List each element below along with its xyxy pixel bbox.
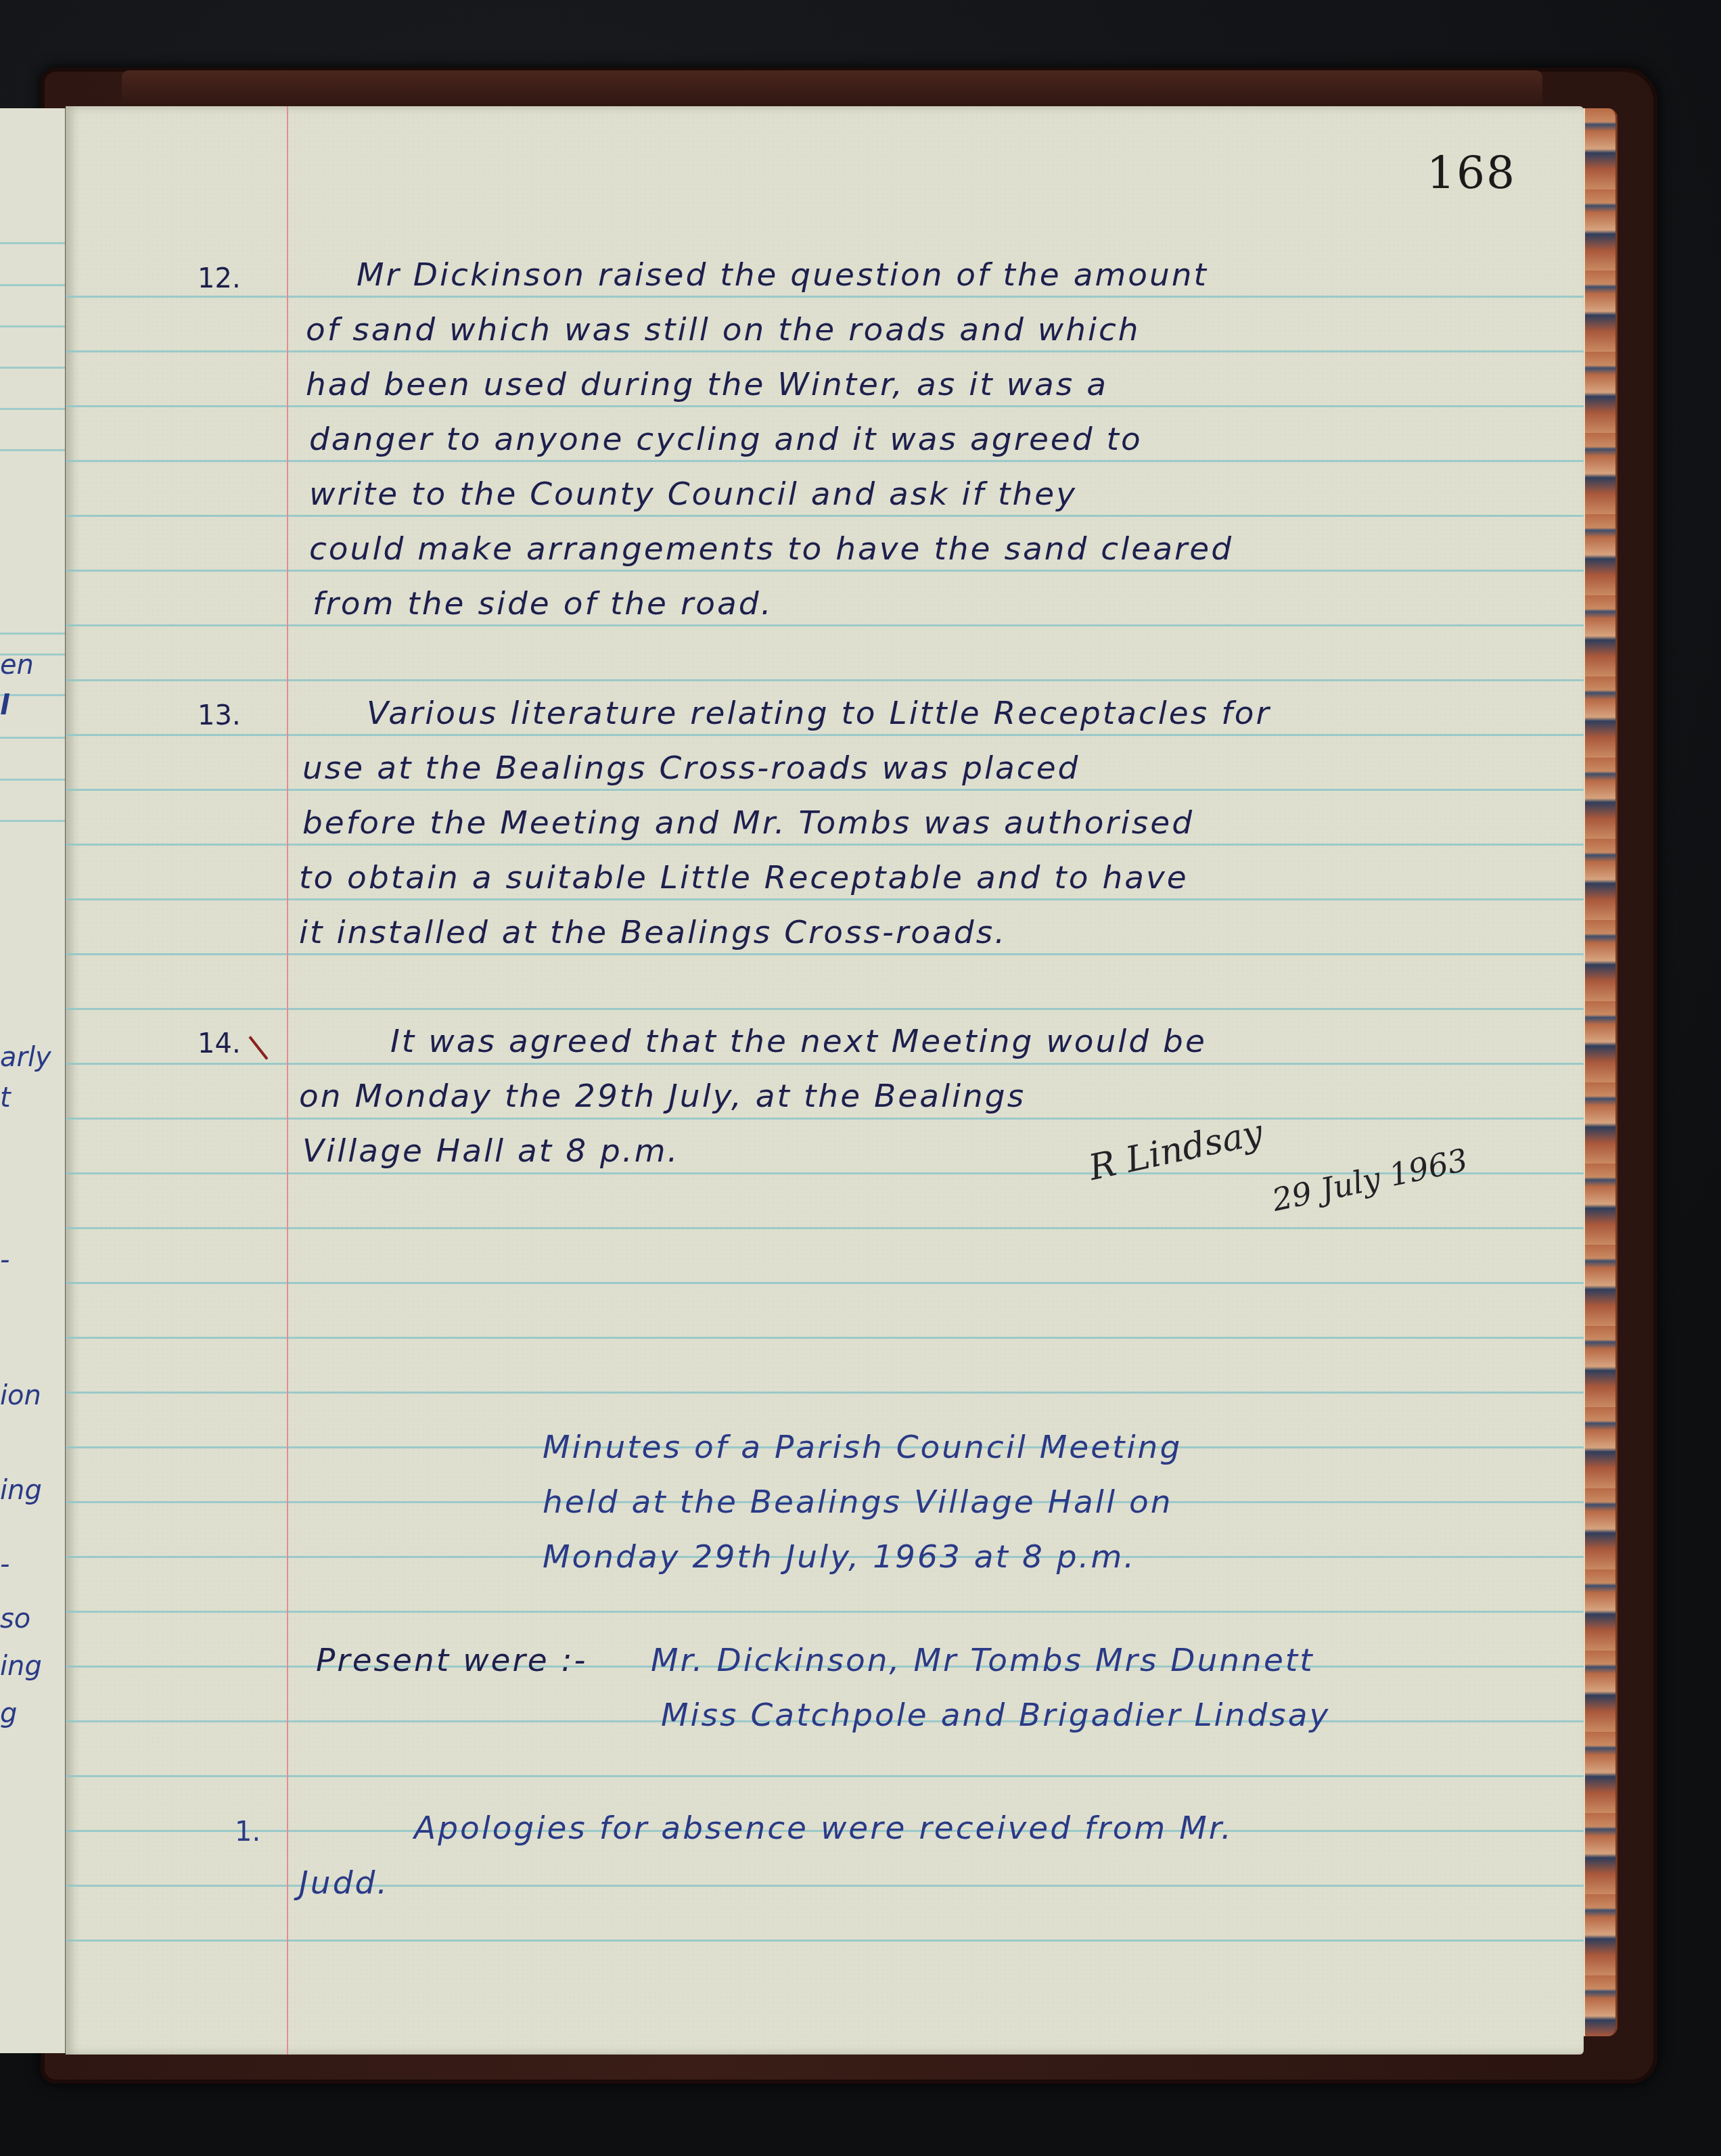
rule-line <box>66 1227 1584 1229</box>
rule-line <box>66 1282 1584 1284</box>
present-label: Present were :- <box>316 1642 587 1679</box>
rule-line <box>0 633 65 635</box>
minute-line: from the side of the road. <box>313 585 773 622</box>
minute-line: Various literature relating to Little Re… <box>367 695 1271 732</box>
signature-date: 29 July 1963 <box>1269 1141 1471 1218</box>
minutes-heading-line: Monday 29th July, 1963 at 8 p.m. <box>543 1538 1136 1576</box>
left-page-fragment: en l arly t - ion ing - so ing g <box>0 108 66 2053</box>
rule-line <box>66 1008 1584 1010</box>
left-page-text: - <box>0 1549 9 1580</box>
attendees-line: Mr. Dickinson, Mr Tombs Mrs Dunnett <box>651 1642 1314 1679</box>
minute-line: Village Hall at 8 p.m. <box>302 1132 680 1170</box>
rule-line <box>66 515 1584 517</box>
rule-line <box>66 624 1584 626</box>
rule-line <box>0 325 65 327</box>
minute-line: Apologies for absence were received from… <box>414 1810 1233 1847</box>
rule-line <box>0 820 65 822</box>
page-number: 168 <box>1427 147 1516 199</box>
attendees-line: Miss Catchpole and Brigadier Lindsay <box>661 1697 1330 1734</box>
rule-line <box>0 242 65 244</box>
item-number: 12. <box>198 263 241 294</box>
rule-line <box>66 460 1584 462</box>
rule-line <box>66 1337 1584 1339</box>
rule-line <box>66 1940 1584 1942</box>
rule-line <box>66 405 1584 407</box>
rule-line <box>66 789 1584 791</box>
minute-line: to obtain a suitable Little Receptable a… <box>299 859 1189 896</box>
rule-line <box>66 1885 1584 1887</box>
rule-line <box>66 350 1584 352</box>
minute-line: on Monday the 29th July, at the Bealings <box>299 1078 1026 1115</box>
rule-line <box>66 1611 1584 1613</box>
left-page-text: l <box>0 690 9 721</box>
minute-line: use at the Bealings Cross-roads was plac… <box>302 750 1080 787</box>
minute-line: before the Meeting and Mr. Tombs was aut… <box>302 804 1194 842</box>
left-page-text: arly <box>0 1042 51 1073</box>
left-page-text: ion <box>0 1380 41 1411</box>
rule-line <box>0 408 65 410</box>
minutes-heading-line: held at the Bealings Village Hall on <box>543 1484 1172 1521</box>
cover-top-edge <box>122 70 1542 111</box>
rule-line <box>66 1063 1584 1065</box>
minute-line: could make arrangements to have the sand… <box>309 530 1233 568</box>
minute-line: Mr Dickinson raised the question of the … <box>357 256 1208 294</box>
minute-line: Judd. <box>299 1864 389 1902</box>
rule-line <box>0 694 65 696</box>
rule-line <box>66 296 1584 298</box>
minute-line: had been used during the Winter, as it w… <box>306 366 1108 403</box>
item-number: 14. <box>198 1028 241 1059</box>
minutes-heading-line: Minutes of a Parish Council Meeting <box>543 1429 1182 1466</box>
rule-line <box>0 737 65 739</box>
minute-line: write to the County Council and ask if t… <box>309 476 1077 513</box>
rule-line <box>66 734 1584 736</box>
rule-line <box>0 779 65 781</box>
minute-line: of sand which was still on the roads and… <box>306 311 1141 348</box>
minute-line: It was agreed that the next Meeting woul… <box>390 1023 1207 1060</box>
minute-line: it installed at the Bealings Cross-roads… <box>299 914 1007 951</box>
left-page-text: so <box>0 1603 30 1634</box>
rule-line <box>66 953 1584 955</box>
rule-line <box>0 367 65 369</box>
left-page-text: g <box>0 1698 17 1729</box>
rule-line <box>66 1775 1584 1777</box>
rule-line <box>66 679 1584 681</box>
rule-line <box>0 284 65 286</box>
rule-line <box>66 1392 1584 1394</box>
left-page-text: en <box>0 649 34 681</box>
chairman-signature: R Lindsay <box>1086 1112 1266 1189</box>
minute-line: danger to anyone cycling and it was agre… <box>309 421 1143 458</box>
rule-line <box>66 844 1584 846</box>
left-page-text: ing <box>0 1651 42 1682</box>
rule-line <box>66 1118 1584 1120</box>
red-margin-line <box>287 106 288 2055</box>
item-number: 13. <box>198 700 241 731</box>
left-page-text: - <box>0 1245 9 1276</box>
rule-line <box>0 449 65 451</box>
left-page-text: t <box>0 1082 11 1114</box>
marbled-page-edges <box>1583 108 1617 2036</box>
rule-line <box>66 570 1584 572</box>
rule-line <box>66 898 1584 900</box>
notebook-page: 168 12. Mr Dickinson raised the question… <box>66 106 1584 2055</box>
left-page-text: ing <box>0 1475 42 1506</box>
item-number: 1. <box>235 1816 260 1848</box>
